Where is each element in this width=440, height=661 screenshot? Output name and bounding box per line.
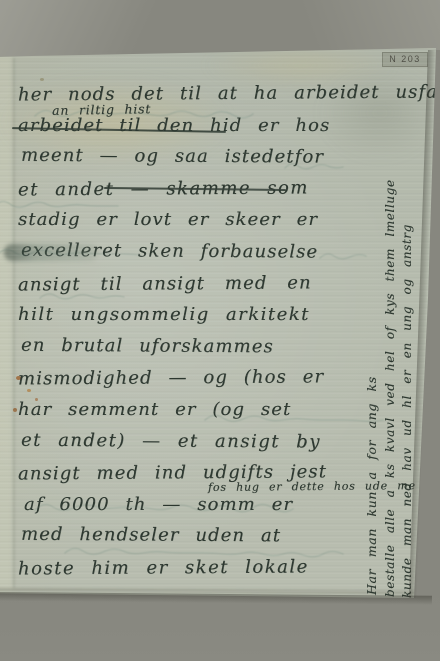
paper-left-crease xyxy=(13,58,15,588)
background-light-patch-topleft xyxy=(0,0,200,56)
handwritten-line: ansigt til ansigt med en xyxy=(18,266,430,300)
scan-background: N 203 her nods det til at ha arbeidet us… xyxy=(0,0,440,661)
handwritten-line: stadig er lovt er skeer er xyxy=(18,204,430,236)
foxing-fleck xyxy=(13,408,17,412)
paper-edge-highlight xyxy=(0,48,440,56)
manuscript-page: N 203 her nods det til at ha arbeidet us… xyxy=(0,48,440,598)
handwritten-line: en brutal uforskammes xyxy=(21,330,430,364)
interlinear-insertion: an riltig hist xyxy=(52,101,151,118)
margin-note-vertical: Har man kun a for ang ks xyxy=(364,376,379,595)
handwritten-line: hilt ungsommelig arkitekt xyxy=(18,299,430,331)
ink-smudge xyxy=(4,244,98,261)
paper-left-edge-band xyxy=(0,56,12,590)
margin-note-vertical: bestalle alle a ks kvavl ved hel of kys … xyxy=(383,179,397,597)
handwritten-line: meent — og saa istedetfor xyxy=(21,140,430,174)
archive-number-label: N 203 xyxy=(382,52,428,67)
background-light-patch-topright xyxy=(270,0,440,50)
